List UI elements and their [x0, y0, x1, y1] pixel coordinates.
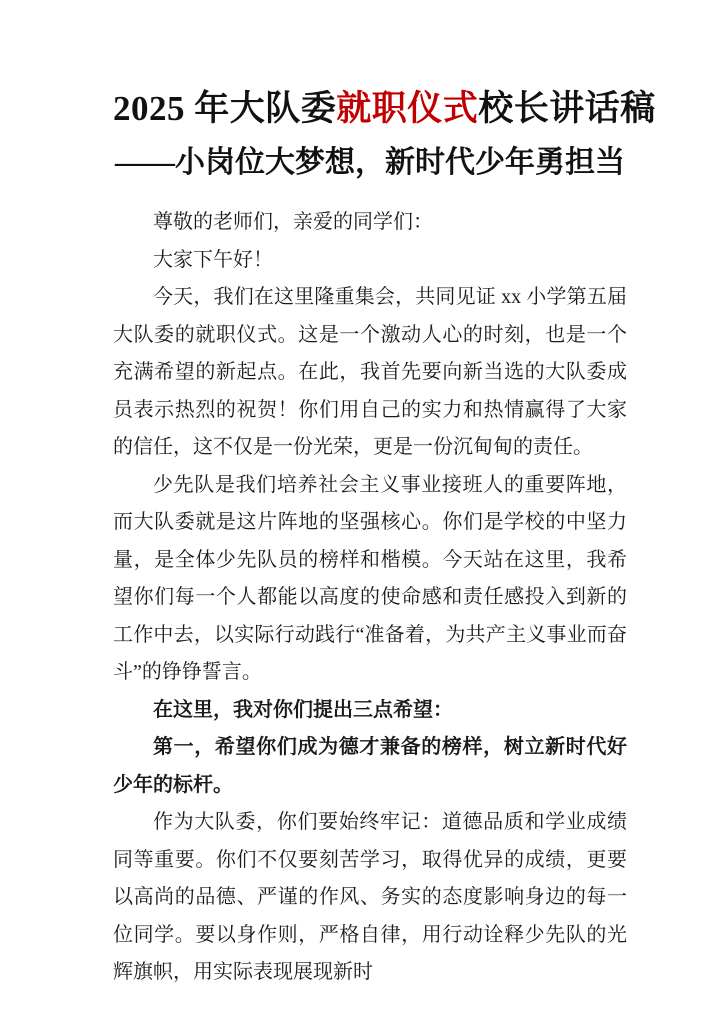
- document-page: 2025 年大队委就职仪式校长讲话稿 ——小岗位大梦想，新时代少年勇担当 尊敬的…: [0, 0, 724, 1024]
- title-prefix: 2025 年大队委: [113, 89, 336, 128]
- paragraph-opening: 今天，我们在这里隆重集会，共同见证 xx 小学第五届大队委的就职仪式。这是一个激…: [113, 279, 627, 467]
- document-subtitle: ——小岗位大梦想，新时代少年勇担当: [113, 142, 627, 184]
- title-suffix: 校长讲话稿: [478, 89, 656, 128]
- document-title: 2025 年大队委就职仪式校长讲话稿: [113, 88, 627, 130]
- paragraph-salutation: 尊敬的老师们，亲爱的同学们：: [113, 204, 627, 242]
- title-highlight: 就职仪式: [336, 89, 478, 128]
- paragraph-three-hopes-intro: 在这里，我对你们提出三点希望：: [113, 692, 627, 730]
- paragraph-hope-one-heading: 第一，希望你们成为德才兼备的榜样，树立新时代好少年的标杆。: [113, 729, 627, 804]
- paragraph-young-pioneers: 少先队是我们培养社会主义事业接班人的重要阵地，而大队委就是这片阵地的坚强核心。你…: [113, 467, 627, 692]
- paragraph-greeting: 大家下午好！: [113, 242, 627, 280]
- document-body: 尊敬的老师们，亲爱的同学们： 大家下午好！ 今天，我们在这里隆重集会，共同见证 …: [113, 204, 627, 992]
- paragraph-hope-one-body: 作为大队委，你们要始终牢记：道德品质和学业成绩同等重要。你们不仅要刻苦学习，取得…: [113, 804, 627, 992]
